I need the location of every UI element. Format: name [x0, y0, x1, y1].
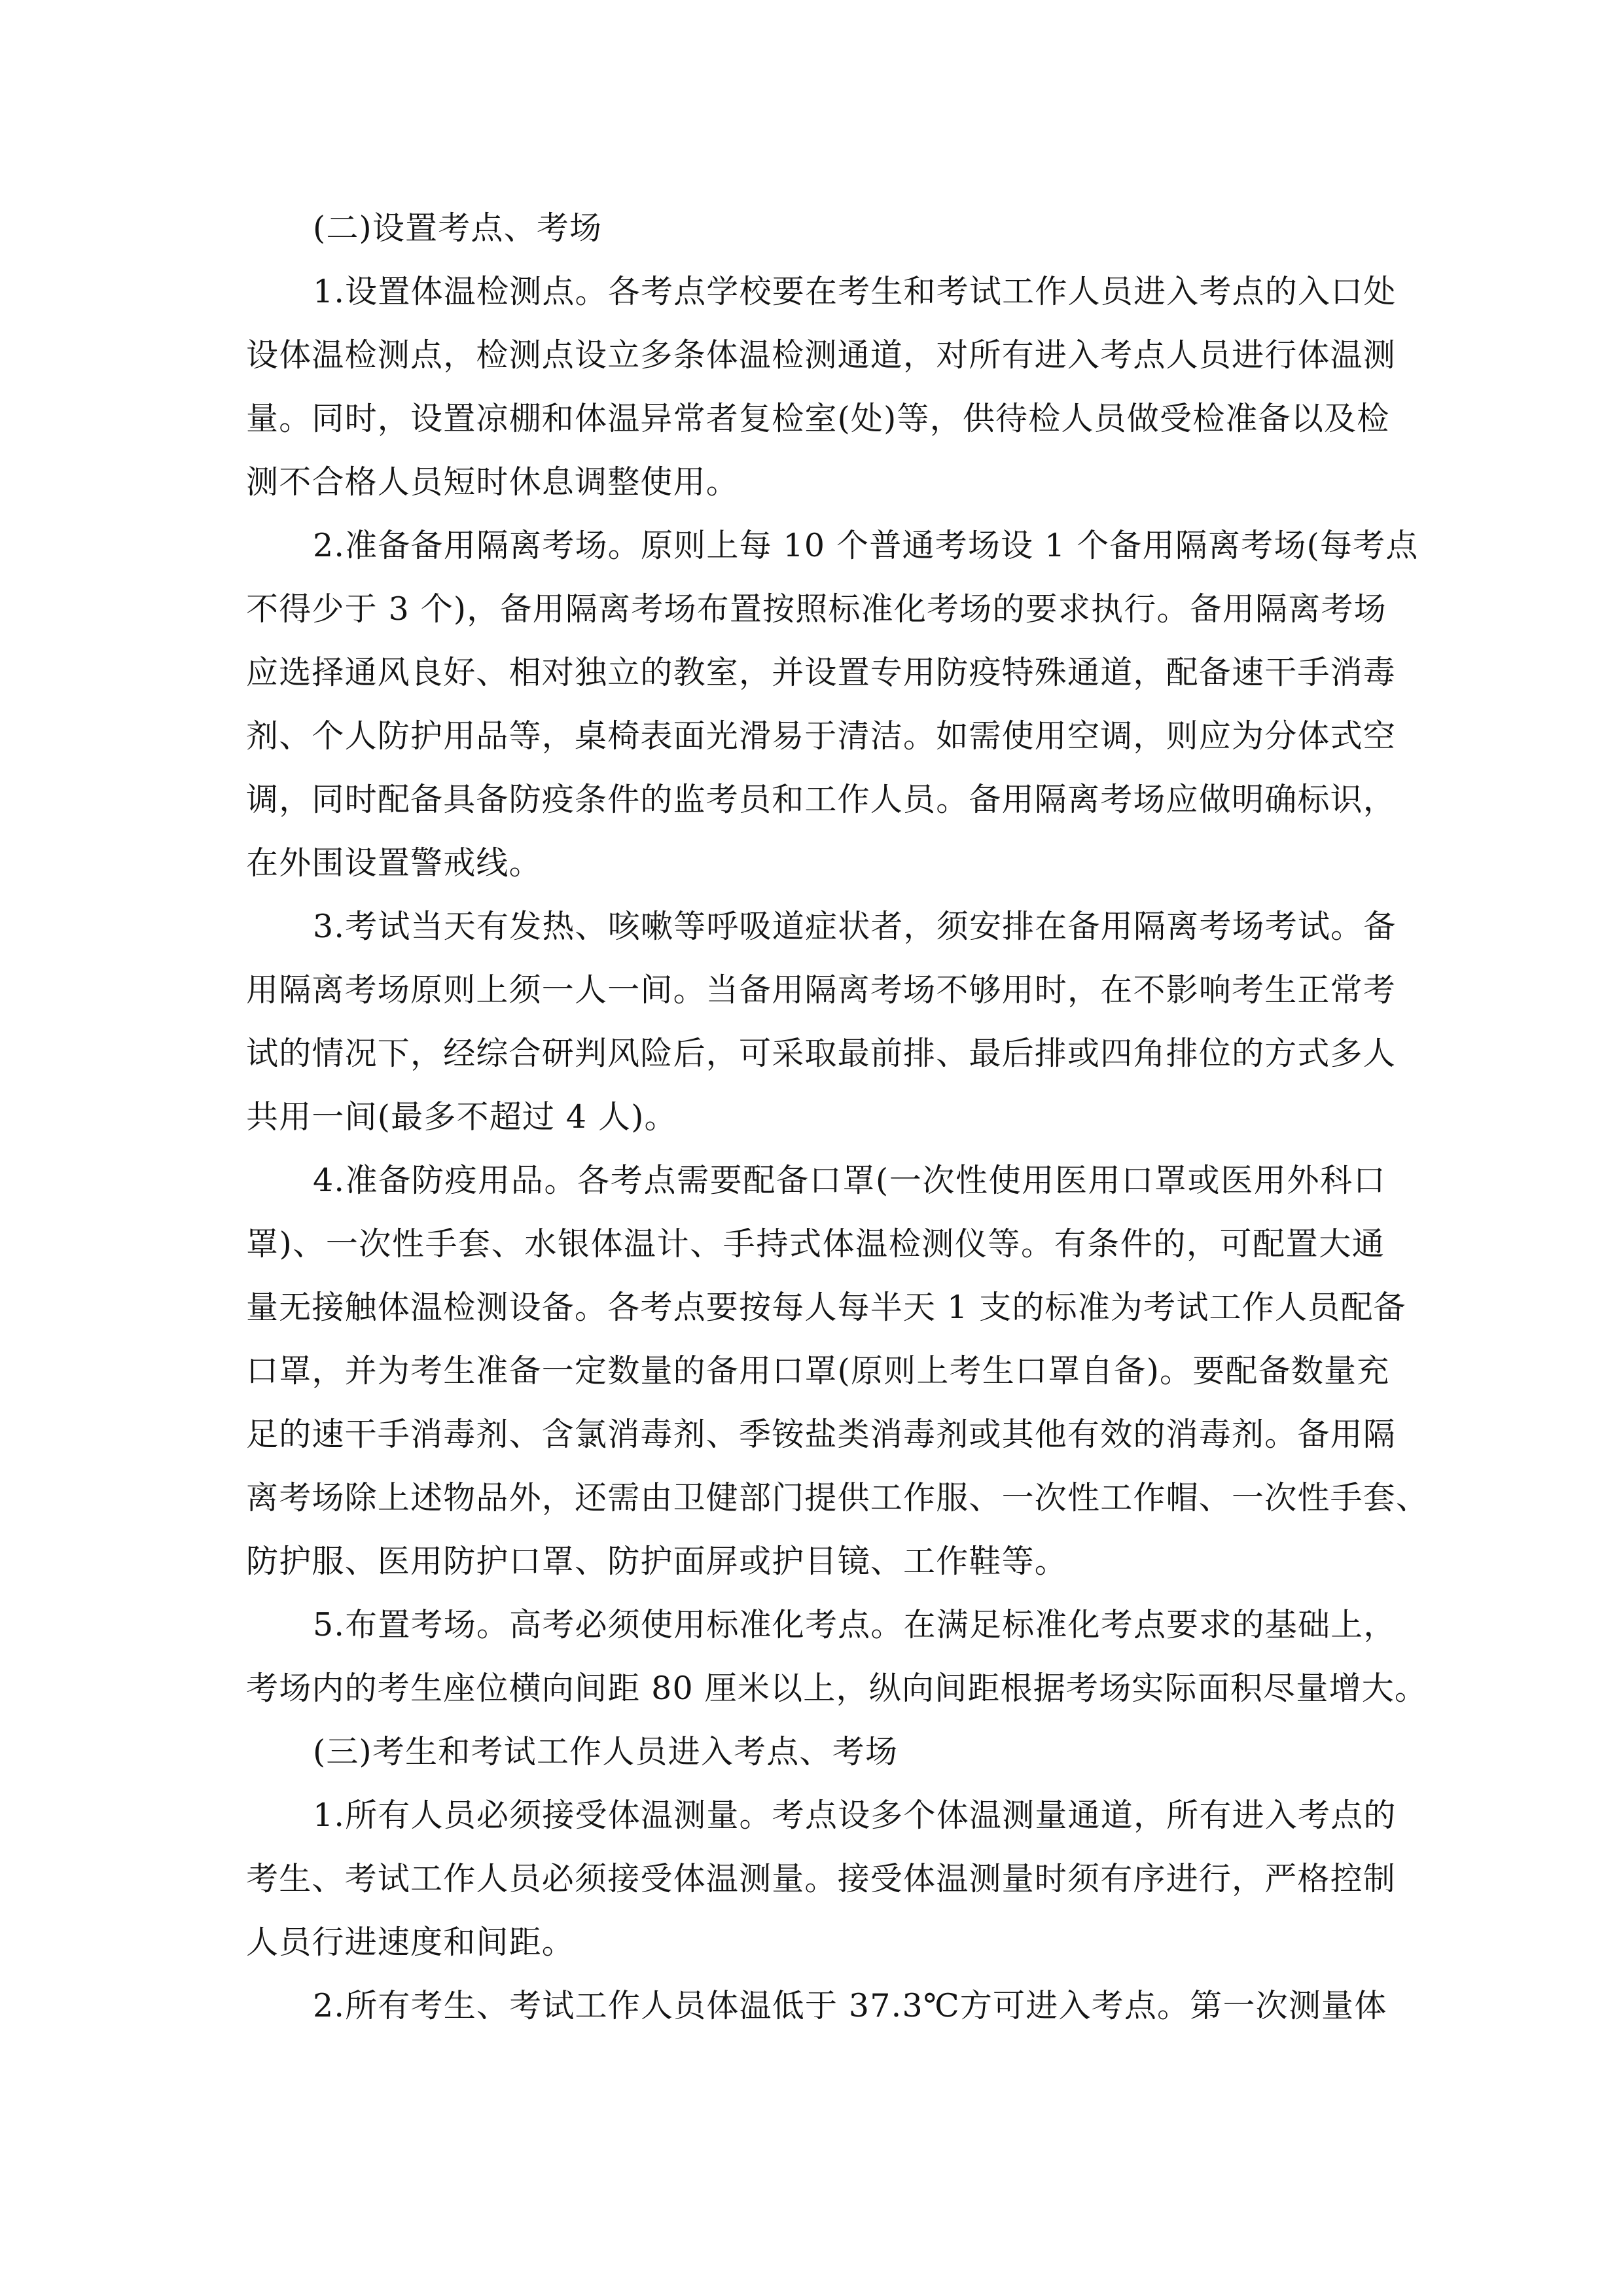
paragraph-line: 量。同时，设置凉棚和体温异常者复检室(处)等，供待检人员做受检准备以及检 [246, 387, 1385, 450]
paragraph-line: 3.考试当天有发热、咳嗽等呼吸道症状者，须安排在备用隔离考场考试。备 [313, 895, 1386, 958]
paragraph-line: 5.布置考场。高考必须使用标准化考点。在满足标准化考点要求的基础上， [313, 1593, 1386, 1657]
paragraph-line: 在外围设置警戒线。 [246, 831, 1385, 895]
paragraph-line: 防护服、医用防护口罩、防护面屏或护目镜、工作鞋等。 [246, 1530, 1385, 1593]
paragraph-line: 离考场除上述物品外，还需由卫健部门提供工作服、一次性工作帽、一次性手套、 [246, 1466, 1385, 1530]
paragraph-line: 1.设置体温检测点。各考点学校要在考生和考试工作人员进入考点的入口处 [313, 260, 1386, 323]
paragraph-line: 设体温检测点，检测点设立多条体温检测通道，对所有进入考点人员进行体温测 [246, 323, 1385, 387]
paragraph-line: 4.准备防疫用品。各考点需要配备口罩(一次性使用医用口罩或医用外科口 [313, 1149, 1386, 1212]
paragraph-line: 考场内的考生座位横向间距 80 厘米以上，纵向间距根据考场实际面积尽量增大。 [246, 1657, 1385, 1720]
paragraph-line: 2.准备备用隔离考场。原则上每 10 个普通考场设 1 个备用隔离考场(每考点 [313, 514, 1386, 577]
paragraph-line: 考生、考试工作人员必须接受体温测量。接受体温测量时须有序进行，严格控制 [246, 1847, 1385, 1910]
paragraph-line: 试的情况下，经综合研判风险后，可采取最前排、最后排或四角排位的方式多人 [246, 1022, 1385, 1085]
paragraph-line: 口罩，并为考生准备一定数量的备用口罩(原则上考生口罩自备)。要配备数量充 [246, 1339, 1385, 1403]
paragraph-line: 用隔离考场原则上须一人一间。当备用隔离考场不够用时，在不影响考生正常考 [246, 958, 1385, 1022]
paragraph-line: 量无接触体温检测设备。各考点要按每人每半天 1 支的标准为考试工作人员配备 [246, 1276, 1385, 1339]
paragraph-line: 应选择通风良好、相对独立的教室，并设置专用防疫特殊通道，配备速干手消毒 [246, 641, 1385, 704]
paragraph-line: 1.所有人员必须接受体温测量。考点设多个体温测量通道，所有进入考点的 [313, 1784, 1386, 1847]
paragraph-line: 罩)、一次性手套、水银体温计、手持式体温检测仪等。有条件的，可配置大通 [246, 1212, 1385, 1276]
section-heading: (三)考生和考试工作人员进入考点、考场 [313, 1720, 1386, 1784]
paragraph-line: 人员行进速度和间距。 [246, 1910, 1385, 1974]
section-heading: (二)设置考点、考场 [313, 196, 1386, 260]
paragraph-line: 测不合格人员短时休息调整使用。 [246, 450, 1385, 514]
paragraph-line: 共用一间(最多不超过 4 人)。 [246, 1085, 1385, 1149]
paragraph-line: 调，同时配备具备防疫条件的监考员和工作人员。备用隔离考场应做明确标识， [246, 768, 1385, 831]
paragraph-line: 2.所有考生、考试工作人员体温低于 37.3℃方可进入考点。第一次测量体 [313, 1974, 1386, 2037]
paragraph-line: 剂、个人防护用品等，桌椅表面光滑易于清洁。如需使用空调，则应为分体式空 [246, 704, 1385, 768]
paragraph-line: 不得少于 3 个)，备用隔离考场布置按照标准化考场的要求执行。备用隔离考场 [246, 577, 1385, 641]
document-page: (二)设置考点、考场 1.设置体温检测点。各考点学校要在考生和考试工作人员进入考… [0, 0, 1623, 2296]
paragraph-line: 足的速干手消毒剂、含氯消毒剂、季铵盐类消毒剂或其他有效的消毒剂。备用隔 [246, 1403, 1385, 1466]
